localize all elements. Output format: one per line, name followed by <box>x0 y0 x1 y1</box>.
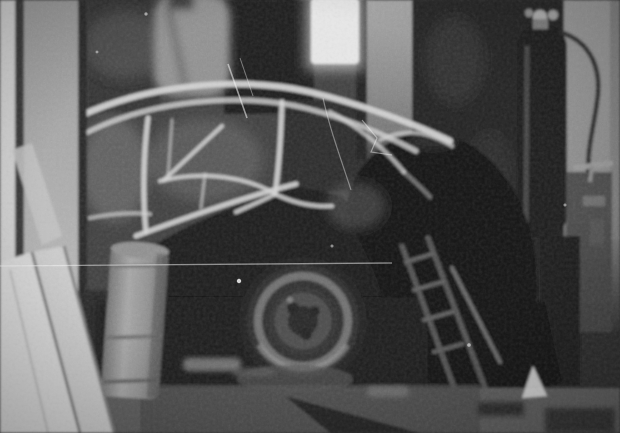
vignette-overlay <box>0 0 620 433</box>
workshop-photo: Grainy black-and-white photograph of a c… <box>0 0 620 433</box>
photo-canvas <box>0 0 620 433</box>
